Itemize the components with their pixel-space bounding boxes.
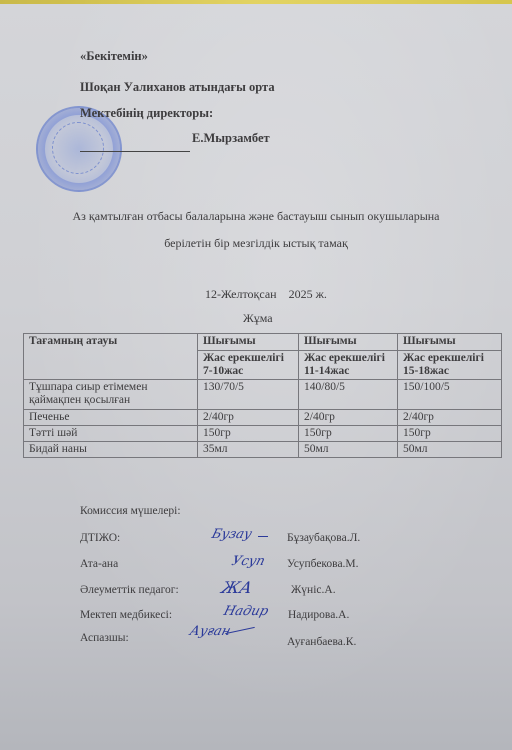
page-top-edge: [0, 0, 512, 4]
member-role: ДТІЖО:: [80, 532, 120, 544]
portion-value: 50мл: [299, 442, 398, 458]
commission-title: Комиссия мүшелері:: [80, 505, 181, 517]
header-dish-name: Тағамның атауы: [24, 334, 198, 380]
member-name: Жүніс.А.: [291, 584, 336, 596]
signature: Надир: [222, 604, 270, 619]
table-row: Тұшпара сиыр етімеменқаймақпен қосылған …: [24, 380, 502, 410]
signature-dash: [258, 536, 268, 537]
dish-name: Тәтті шәй: [24, 426, 198, 442]
member-role: Әлеуметтік педагог:: [80, 584, 179, 596]
portion-value: 150гр: [398, 426, 502, 442]
signature: Бузау: [210, 527, 254, 542]
approval-heading: «Бекітемін»: [80, 50, 148, 63]
header-age-11-14: Шығымы Жас ерекшелігі11-14жас: [299, 334, 398, 380]
stamp-emblem-icon: [52, 122, 104, 174]
weekday: Жұма: [243, 311, 273, 326]
portion-value: 150/100/5: [398, 380, 502, 410]
portion-value: 35мл: [198, 442, 299, 458]
portion-value: 50мл: [398, 442, 502, 458]
member-role: Аспазшы:: [80, 632, 129, 644]
member-role: Мектеп медбикесі:: [80, 609, 172, 621]
portion-value: 2/40гр: [299, 410, 398, 426]
member-name: Надирова.А.: [288, 609, 349, 621]
dish-name: Печенье: [24, 410, 198, 426]
portion-value: 2/40гр: [398, 410, 502, 426]
member-name: Усупбекова.М.: [287, 558, 359, 570]
table-header-row: Тағамның атауы Шығымы Жас ерекшелігі7-10…: [24, 334, 502, 380]
portion-value: 150гр: [299, 426, 398, 442]
portion-value: 2/40гр: [198, 410, 299, 426]
dish-name: Бидай наны: [24, 442, 198, 458]
signature: Ауған: [188, 624, 232, 639]
signature: Усуп: [230, 554, 267, 569]
header-age-7-10: Шығымы Жас ерекшелігі7-10жас: [198, 334, 299, 380]
portion-value: 130/70/5: [198, 380, 299, 410]
member-name: Бұзаубақова.Л.: [287, 532, 360, 544]
portion-value: 140/80/5: [299, 380, 398, 410]
table-row: Бидай наны 35мл 50мл 50мл: [24, 442, 502, 458]
director-label: Мектебінің директоры:: [80, 107, 213, 120]
portion-value: 150гр: [198, 426, 299, 442]
member-name: Ауғанбаева.К.: [287, 636, 356, 648]
date-day-month: 12-Желтоқсан: [205, 287, 277, 301]
school-name: Шоқан Уалиханов атындағы орта: [80, 81, 275, 94]
dish-name: Тұшпара сиыр етімеменқаймақпен қосылған: [24, 380, 198, 410]
document-title-line1: Аз қамтылған отбасы балаларына және баст…: [0, 209, 512, 224]
signature: ЖА: [219, 578, 254, 597]
date-line: 12-Желтоқсан 2025 ж.: [205, 287, 327, 302]
director-signature-line: [80, 151, 190, 152]
menu-table: Тағамның атауы Шығымы Жас ерекшелігі7-10…: [23, 333, 502, 458]
header-age-15-18: Шығымы Жас ерекшелігі15-18жас: [398, 334, 502, 380]
member-role: Ата-ана: [80, 558, 118, 570]
table-row: Тәтті шәй 150гр 150гр 150гр: [24, 426, 502, 442]
document-title-line2: берілетін бір мезгілдік ыстық тамақ: [0, 236, 512, 251]
date-year: 2025 ж.: [289, 287, 327, 301]
director-name: Е.Мырзамбет: [192, 132, 270, 145]
table-row: Печенье 2/40гр 2/40гр 2/40гр: [24, 410, 502, 426]
